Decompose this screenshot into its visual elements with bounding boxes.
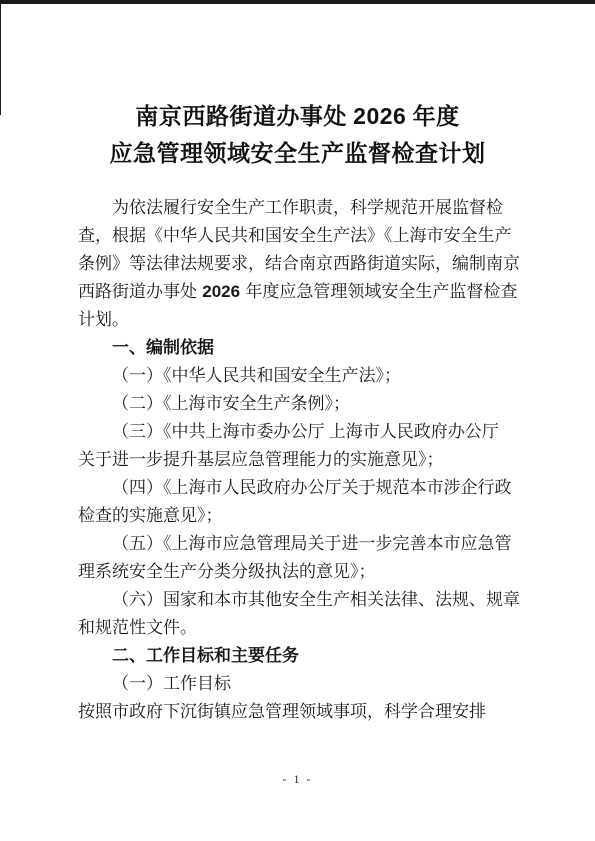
document-line: （三）《中共上海市委办公厅 上海市人民政府办公厅 [78,418,518,446]
scan-edge-top-artifact [0,0,595,4]
document-line: （一）《中华人民共和国安全生产法》； [78,362,518,390]
document-line: （六）国家和本市其他安全生产相关法律、法规、规章 [78,586,518,614]
document-page: 南京西路街道办事处 2026 年度 应急管理领域安全生产监督检查计划 为依法履行… [0,0,595,841]
document-line: 关于进一步提升基层应急管理能力的实施意见》； [78,446,518,474]
document-line: 为依法履行安全生产工作职责，科学规范开展监督检 [78,194,518,222]
document-line: （五）《上海市应急管理局关于进一步完善本市应急管 [78,530,518,558]
document-line: 查，根据《中华人民共和国安全生产法》《上海市安全生产 [78,222,518,250]
document-line: 计划。 [78,306,518,334]
numeral: 2026 [353,103,406,129]
document-line: 条例》等法律法规要求，结合南京西路街道实际，编制南京 [78,250,518,278]
document-title-line1: 南京西路街道办事处 2026 年度 [0,98,595,135]
document-line: （二）《上海市安全生产条例》； [78,390,518,418]
document-title: 南京西路街道办事处 2026 年度 应急管理领域安全生产监督检查计划 [0,98,595,172]
document-line: 检查的实施意见》； [78,502,518,530]
section-heading: 二、工作目标和主要任务 [78,642,518,670]
document-line: （四）《上海市人民政府办公厅关于规范本市涉企行政 [78,474,518,502]
document-line: 西路街道办事处 2026 年度应急管理领域安全生产监督检查 [78,278,518,306]
document-line: 理系统安全生产分类分级执法的意见》； [78,558,518,586]
document-title-line2: 应急管理领域安全生产监督检查计划 [0,135,595,172]
document-line: （一）工作目标 [78,670,518,698]
document-line: 按照市政府下沉街镇应急管理领域事项，科学合理安排 [78,698,518,726]
document-body: 为依法履行安全生产工作职责，科学规范开展监督检查，根据《中华人民共和国安全生产法… [78,194,518,726]
section-heading: 一、编制依据 [78,334,518,362]
numeral: 2026 [201,282,241,301]
document-line: 和规范性文件。 [78,614,518,642]
page-number: - 1 - [0,772,595,787]
